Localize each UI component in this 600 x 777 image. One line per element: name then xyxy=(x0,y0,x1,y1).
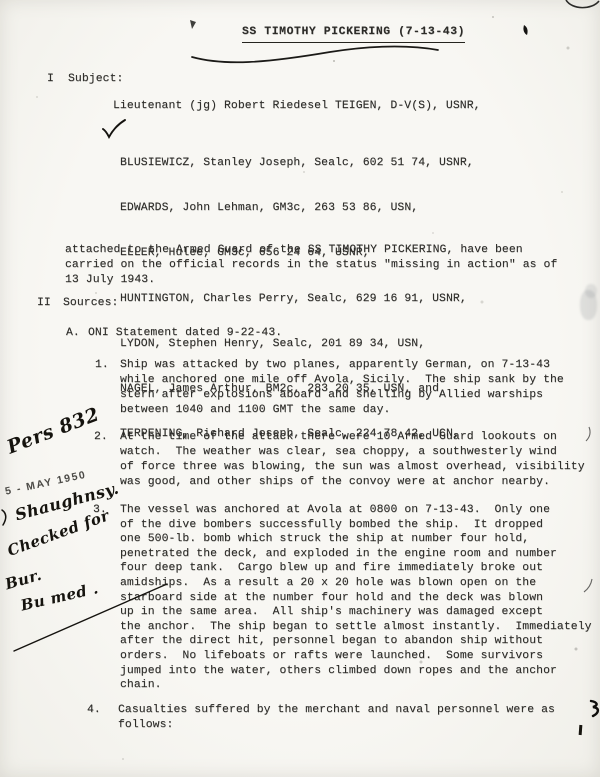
ink-curl-mark-icon xyxy=(2,510,6,525)
corner-oval-mark-icon xyxy=(566,0,599,8)
ink-blob-icon xyxy=(591,701,598,716)
margin-diagonal-line xyxy=(14,584,167,651)
ink-fleck-icon xyxy=(523,25,527,35)
handwritten-underline-swoosh-icon xyxy=(192,47,438,63)
scan-smudge xyxy=(585,284,597,298)
right-margin-squiggle-icon xyxy=(586,427,590,441)
checkmark-icon xyxy=(103,120,125,137)
ink-triangle-mark-icon xyxy=(190,20,196,29)
ink-annotations-layer xyxy=(0,0,600,777)
paper-speckles xyxy=(0,0,2,2)
right-margin-squiggle-icon xyxy=(584,579,592,592)
scanned-document-page: SS TIMOTHY PICKERING (7-13-43) I Subject… xyxy=(0,0,600,777)
